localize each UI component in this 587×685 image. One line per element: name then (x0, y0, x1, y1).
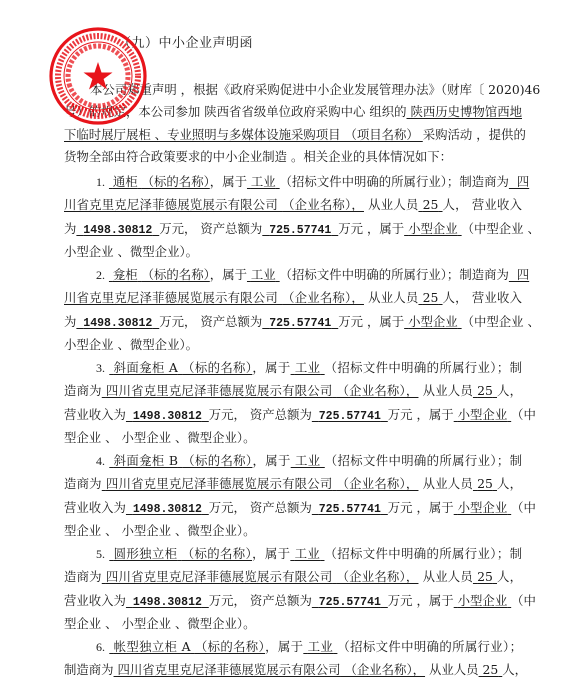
item-line-1: 5. 圆形独立柜 （标的名称），属于 工业 （招标文件中明确的所属行业）；制 (96, 544, 522, 564)
item-name: 斜面龛柜 A （标的名称） (109, 360, 252, 375)
intro-line-2: 号）的规定，本公司参加 陕西省省级单位政府采购中心 组织的 陕西历史博物馆西地 (64, 102, 522, 122)
item-line-3: 营业收入为 1498.30812 万元， 资产总额为 725.57741 万元 … (64, 498, 522, 518)
item-line-1: 2. 龛柜 （标的名称），属于 工业 （招标文件中明确的所属行业）；制造商为 四 (96, 265, 522, 285)
item-revenue: 1498.30812 (133, 410, 202, 423)
item-assets: 725.57741 (319, 503, 381, 516)
item-employees: 25 (423, 290, 439, 305)
item-line-3: 营业收入为 1498.30812 万元， 资产总额为 725.57741 万元 … (64, 405, 522, 425)
item-industry: 工业 (308, 639, 333, 654)
item-line-4: 小型企业 、微型企业）。 (64, 335, 522, 355)
item-line-4: 型企业 、 小型企业 、微型企业）。 (64, 521, 522, 541)
item-line-1: 1. 通柜 （标的名称），属于 工业 （招标文件中明确的所属行业）；制造商为 四 (96, 172, 522, 192)
item-assets: 725.57741 (319, 410, 381, 423)
item-name: 斜面龛柜 B （标的名称） (109, 453, 252, 468)
item-revenue: 1498.30812 (83, 224, 152, 237)
item-employees: 25 (483, 662, 499, 677)
item-name: 龛柜 （标的名称） (109, 267, 210, 282)
item-employees: 25 (423, 197, 439, 212)
item-assets: 725.57741 (269, 317, 331, 330)
intro-line-3: 下临时展厅展柜 、专业照明与多媒体设施采购项目 （项目名称） 采购活动 ，提供的 (64, 125, 522, 145)
intro-line-1: 本公司郑重声明 ，根据《政府采购促进中小企业发展管理办法》（财库〔 2020)4… (90, 80, 522, 100)
item-assets: 725.57741 (269, 224, 331, 237)
item-type: 小型企业 (458, 407, 508, 422)
page-title: （九）中小企业声明函 (118, 32, 253, 51)
item-line-4: 型企业 、 小型企业 、微型企业）。 (64, 614, 522, 634)
item-line-2: 川省克里克尼泽菲德展览展示有限公司 （企业名称）， 从业人员 25 人， 营业收… (64, 288, 522, 308)
item-employees: 25 (477, 476, 493, 491)
item-assets: 725.57741 (319, 596, 381, 609)
item-line-1: 4. 斜面龛柜 B （标的名称），属于 工业 （招标文件中明确的所属行业）；制 (96, 451, 522, 471)
item-employees: 25 (477, 383, 493, 398)
item-line-2: 制造商为 四川省克里克尼泽菲德展览展示有限公司 （企业名称）， 从业人员 25 … (64, 660, 522, 680)
item-line-3: 为 1498.30812 万元， 资产总额为 725.57741 万元 ，属于 … (64, 219, 522, 239)
document-page: （九）中小企业声明函 本公司郑重声明 ，根据《政府采购促进中小企业发展管理办法》… (0, 0, 587, 685)
item-line-3: 为 1498.30812 万元， 资产总额为 725.57741 万元 ，属于 … (64, 312, 522, 332)
item-type: 小型企业 (408, 314, 458, 329)
item-line-1: 3. 斜面龛柜 A （标的名称），属于 工业 （招标文件中明确的所属行业）；制 (96, 358, 522, 378)
item-industry: 工业 (251, 174, 276, 189)
item-company: 四川省克里克尼泽菲德展览展示有限公司 (118, 662, 341, 677)
item-name: 通柜 （标的名称） (109, 174, 210, 189)
item-line-2: 造商为 四川省克里克尼泽菲德展览展示有限公司 （企业名称）， 从业人员 25 人… (64, 474, 522, 494)
project-name-cont: 下临时展厅展柜 、专业照明与多媒体设施采购项目 （项目名称） (64, 127, 423, 142)
item-name: 圆形独立柜 （标的名称） (109, 546, 252, 561)
item-line-2: 川省克里克尼泽菲德展览展示有限公司 （企业名称）， 从业人员 25 人， 营业收… (64, 195, 522, 215)
item-line-1: 6. 帐型独立柜 A （标的名称），属于 工业 （招标文件中明确的所属行业）； (96, 637, 522, 657)
item-line-2: 造商为 四川省克里克尼泽菲德展览展示有限公司 （企业名称）， 从业人员 25 人… (64, 567, 522, 587)
item-line-3: 营业收入为 1498.30812 万元， 资产总额为 725.57741 万元 … (64, 591, 522, 611)
item-revenue: 1498.30812 (83, 317, 152, 330)
item-line-4: 型企业 、 小型企业 、微型企业）。 (64, 428, 522, 448)
item-company: 四川省克里克尼泽菲德展览展示有限公司 (106, 383, 333, 398)
project-name: 陕西历史博物馆西地 (407, 104, 522, 119)
item-line-2: 造商为 四川省克里克尼泽菲德展览展示有限公司 （企业名称）， 从业人员 25 人… (64, 381, 522, 401)
item-line-4: 小型企业 、微型企业）。 (64, 242, 522, 262)
item-industry: 工业 (295, 546, 321, 561)
intro-line-4: 货物全部由符合政策要求的中小企业制造 。相关企业的具体情况如下： (64, 147, 522, 167)
item-company: 四川省克里克尼泽菲德展览展示有限公司 (106, 476, 333, 491)
item-type: 小型企业 (408, 221, 458, 236)
item-employees: 25 (477, 569, 493, 584)
item-industry: 工业 (295, 453, 320, 468)
item-industry: 工业 (295, 360, 320, 375)
item-type: 小型企业 (458, 593, 508, 608)
item-revenue: 1498.30812 (133, 596, 202, 609)
item-type: 小型企业 (458, 500, 508, 515)
item-name: 帐型独立柜 A （标的名称） (109, 639, 265, 654)
item-company: 四川省克里克尼泽菲德展览展示有限公司 (106, 569, 333, 584)
item-industry: 工业 (251, 267, 276, 282)
item-revenue: 1498.30812 (133, 503, 202, 516)
